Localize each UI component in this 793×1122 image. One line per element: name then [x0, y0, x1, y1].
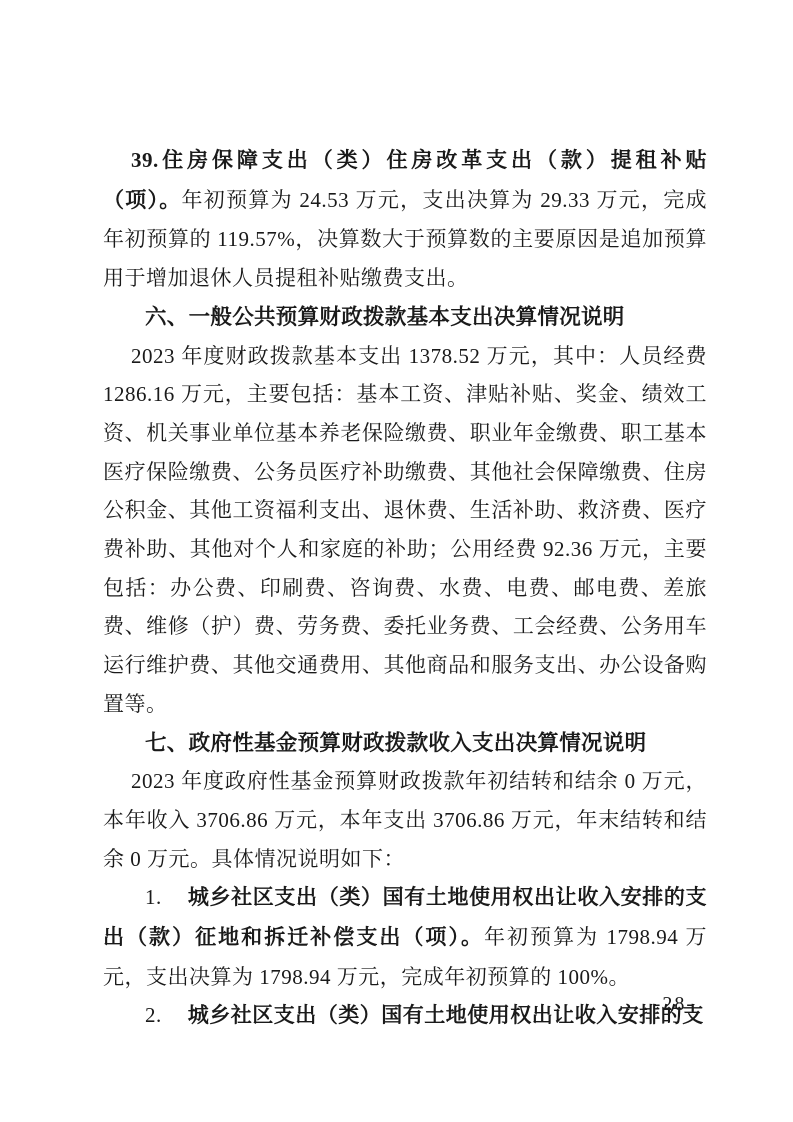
- paragraph-39-number: 39.: [131, 148, 159, 172]
- section-heading-7: 七、政府性基金预算财政拨款收入支出决算情况说明: [103, 724, 707, 763]
- paragraph-gov-fund: 2023 年度政府性基金预算财政拨款年初结转和结余 0 万元，本年收入 3706…: [103, 762, 707, 878]
- list-item-2: 2.城乡社区支出（类）国有土地使用权出让收入安排的支: [103, 996, 707, 1036]
- list-item-1: 1.城乡社区支出（类）国有土地使用权出让收入安排的支出（款）征地和拆迁补偿支出（…: [103, 878, 707, 996]
- list-item-1-number: 1.: [145, 885, 162, 909]
- list-item-2-number: 2.: [145, 1003, 162, 1027]
- document-body: 39.住房保障支出（类）住房改革支出（款）提租补贴（项）。年初预算为 24.53…: [103, 141, 707, 1036]
- document-page: 39.住房保障支出（类）住房改革支出（款）提租补贴（项）。年初预算为 24.53…: [0, 0, 793, 1122]
- page-number: -28-: [654, 993, 695, 1016]
- paragraph-39-text: 年初预算为 24.53 万元，支出决算为 29.33 万元，完成年初预算的 11…: [103, 188, 707, 290]
- list-item-2-lead: 城乡社区支出（类）国有土地使用权出让收入安排的支: [188, 1004, 704, 1027]
- paragraph-39-housing-subsidy: 39.住房保障支出（类）住房改革支出（款）提租补贴（项）。年初预算为 24.53…: [103, 141, 707, 298]
- section-heading-6: 六、一般公共预算财政拨款基本支出决算情况说明: [103, 298, 707, 337]
- paragraph-basic-expenditure: 2023 年度财政拨款基本支出 1378.52 万元，其中：人员经费 1286.…: [103, 337, 707, 724]
